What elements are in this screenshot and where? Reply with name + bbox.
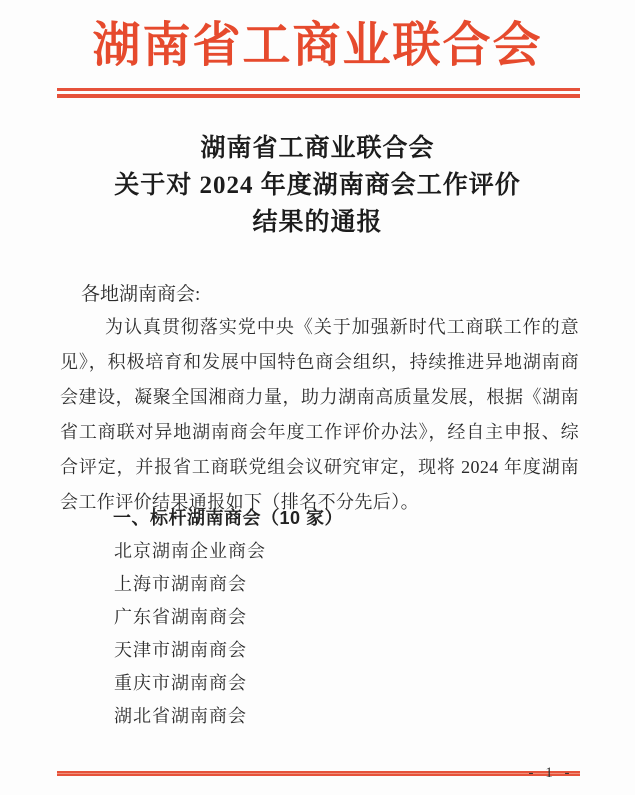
document-title-line-2: 关于对 2024 年度湖南商会工作评价 <box>0 167 635 204</box>
paragraph-line: 见》，积极培育和发展中国特色商会组织，持续推进异地湖南商 <box>60 345 579 380</box>
list-item-chamber: 湖北省湖南商会 <box>114 700 266 733</box>
list-item-chamber: 重庆市湖南商会 <box>114 667 266 700</box>
list-item-chamber: 天津市湖南商会 <box>114 634 266 667</box>
document-title: 湖南省工商业联合会 关于对 2024 年度湖南商会工作评价 结果的通报 <box>0 130 635 241</box>
chamber-list: 北京湖南企业商会 上海市湖南商会 广东省湖南商会 天津市湖南商会 重庆市湖南商会… <box>114 535 266 733</box>
letterhead-title: 湖南省工商业联合会 <box>0 16 635 76</box>
document-title-line-1: 湖南省工商业联合会 <box>0 130 635 167</box>
salutation: 各地湖南商会: <box>81 280 200 310</box>
paragraph-line: 省工商联对异地湖南商会年度工作评价办法》，经自主申报、综 <box>60 415 579 450</box>
document-title-line-3: 结果的通报 <box>0 204 635 241</box>
paragraph-line: 为认真贯彻落实党中央《关于加强新时代工商联工作的意 <box>60 310 579 345</box>
paragraph-line: 合评定，并报省工商联党组会议研究审定，现将 2024 年度湖南商 <box>60 450 579 485</box>
letterhead-double-rule <box>57 88 580 98</box>
list-item-chamber: 上海市湖南商会 <box>114 568 266 601</box>
page-number: - 1 - <box>518 763 584 783</box>
section-heading-benchmark-chambers: 一、标杆湖南商会（10 家） <box>113 504 343 532</box>
paragraph-line: 会建设，凝聚全国湘商力量，助力湖南高质量发展，根据《湖南 <box>60 380 579 415</box>
body-paragraph: 为认真贯彻落实党中央《关于加强新时代工商联工作的意 见》，积极培育和发展中国特色… <box>60 310 579 520</box>
list-item-chamber: 北京湖南企业商会 <box>114 535 266 568</box>
footer-rule <box>57 771 580 776</box>
list-item-chamber: 广东省湖南商会 <box>114 601 266 634</box>
document-page: 湖南省工商业联合会 湖南省工商业联合会 关于对 2024 年度湖南商会工作评价 … <box>0 0 635 795</box>
